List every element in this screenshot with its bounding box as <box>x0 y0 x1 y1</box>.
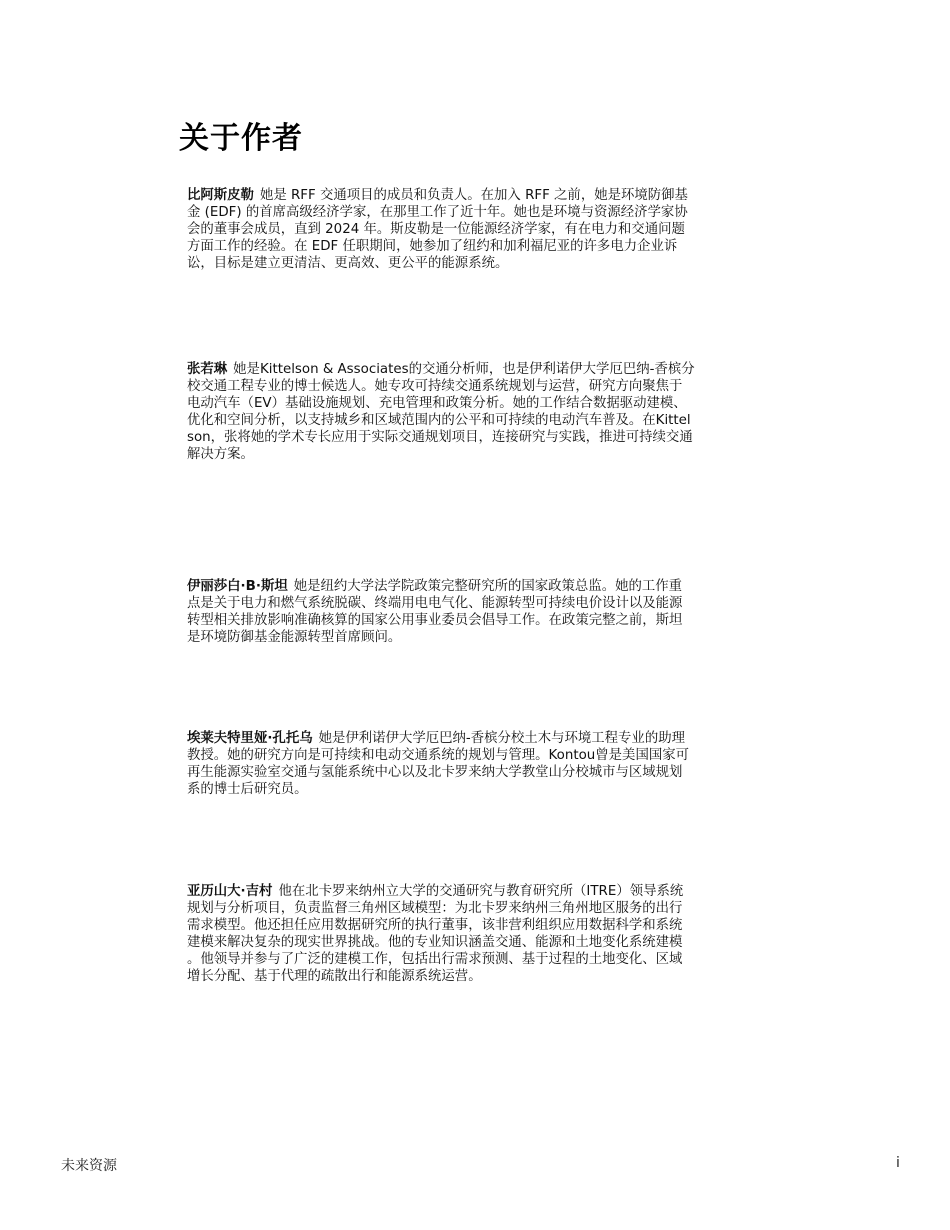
bio-line: 校交通工程专业的博士候选人。她专攻可持续交通系统规划与运营，研究方向聚焦于 <box>187 378 777 395</box>
bio-line: son，张将她的学术专长应用于实际交通规划项目，连接研究与实践，推进可持续交通 <box>187 429 777 446</box>
bio-line: 增长分配、基于代理的疏散出行和能源系统运营。 <box>187 968 777 985</box>
bio-line: 。他领导并参与了广泛的建模工作，包括出行需求预测、基于过程的土地变化、区域 <box>187 951 777 968</box>
bio-line: 需求模型。他还担任应用数据研究所的执行董事，该非营利组织应用数据科学和系统 <box>187 917 777 934</box>
author-bio-yoshimura: 亚历山大·吉村他在北卡罗来纳州立大学的交通研究与教育研究所（ITRE）领导系统 … <box>187 883 777 985</box>
bio-line: 解决方案。 <box>187 446 777 463</box>
author-bio-zhang: 张若琳她是Kittelson & Associates的交通分析师，也是伊利诺伊… <box>187 361 777 463</box>
author-bio-kontou: 埃莱夫特里娅·孔托乌她是伊利诺伊大学厄巴纳-香槟分校土木与环境工程专业的助理 教… <box>187 730 777 798</box>
bio-line: 方面工作的经验。在 EDF 任职期间，她参加了纽约和加利福尼亚的许多电力企业诉 <box>187 238 777 255</box>
bio-line: 张若琳她是Kittelson & Associates的交通分析师，也是伊利诺伊… <box>187 361 777 378</box>
bio-line: 会的董事会成员，直到 2024 年。斯皮勒是一位能源经济学家，有在电力和交通问题 <box>187 221 777 238</box>
bio-line: 是环境防御基金能源转型首席顾问。 <box>187 629 777 646</box>
author-name: 比阿斯皮勒 <box>187 188 254 203</box>
author-name: 张若琳 <box>187 362 227 377</box>
bio-line: 优化和空间分析，以支持城乡和区域范围内的公平和可持续的电动汽车普及。在Kitte… <box>187 412 777 429</box>
author-name: 埃莱夫特里娅·孔托乌 <box>187 731 313 746</box>
bio-line: 再生能源实验室交通与氢能系统中心以及北卡罗来纳大学教堂山分校城市与区域规划 <box>187 764 777 781</box>
author-bio-stein: 伊丽莎白·B·斯坦她是纽约大学法学院政策完整研究所的国家政策总监。她的工作重 点… <box>187 578 777 646</box>
bio-line: 亚历山大·吉村他在北卡罗来纳州立大学的交通研究与教育研究所（ITRE）领导系统 <box>187 883 777 900</box>
page-number: i <box>896 1155 900 1171</box>
bio-line: 埃莱夫特里娅·孔托乌她是伊利诺伊大学厄巴纳-香槟分校土木与环境工程专业的助理 <box>187 730 777 747</box>
page-title: 关于作者 <box>179 113 303 157</box>
bio-line: 教授。她的研究方向是可持续和电动交通系统的规划与管理。Kontou曾是美国国家可 <box>187 747 777 764</box>
bio-line: 比阿斯皮勒她是 RFF 交通项目的成员和负责人。在加入 RFF 之前，她是环境防… <box>187 187 777 204</box>
bio-line: 电动汽车（EV）基础设施规划、充电管理和政策分析。她的工作结合数据驱动建模、 <box>187 395 777 412</box>
bio-line: 讼，目标是建立更清洁、更高效、更公平的能源系统。 <box>187 255 777 272</box>
footer-publisher: 未来资源 <box>61 1155 117 1175</box>
bio-line: 金 (EDF) 的首席高级经济学家，在那里工作了近十年。她也是环境与资源经济学家… <box>187 204 777 221</box>
bio-line: 伊丽莎白·B·斯坦她是纽约大学法学院政策完整研究所的国家政策总监。她的工作重 <box>187 578 777 595</box>
bio-line: 规划与分析项目，负责监督三角州区域模型：为北卡罗来纳州三角州地区服务的出行 <box>187 900 777 917</box>
bio-line: 建模来解决复杂的现实世界挑战。他的专业知识涵盖交通、能源和土地变化系统建模 <box>187 934 777 951</box>
bio-line: 点是关于电力和燃气系统脱碳、终端用电电气化、能源转型可持续电价设计以及能源 <box>187 595 777 612</box>
bio-line: 系的博士后研究员。 <box>187 781 777 798</box>
author-bio-spiller: 比阿斯皮勒她是 RFF 交通项目的成员和负责人。在加入 RFF 之前，她是环境防… <box>187 187 777 272</box>
author-name: 亚历山大·吉村 <box>187 884 272 899</box>
bio-line: 转型相关排放影响准确核算的国家公用事业委员会倡导工作。在政策完整之前，斯坦 <box>187 612 777 629</box>
author-name: 伊丽莎白·B·斯坦 <box>187 579 288 594</box>
